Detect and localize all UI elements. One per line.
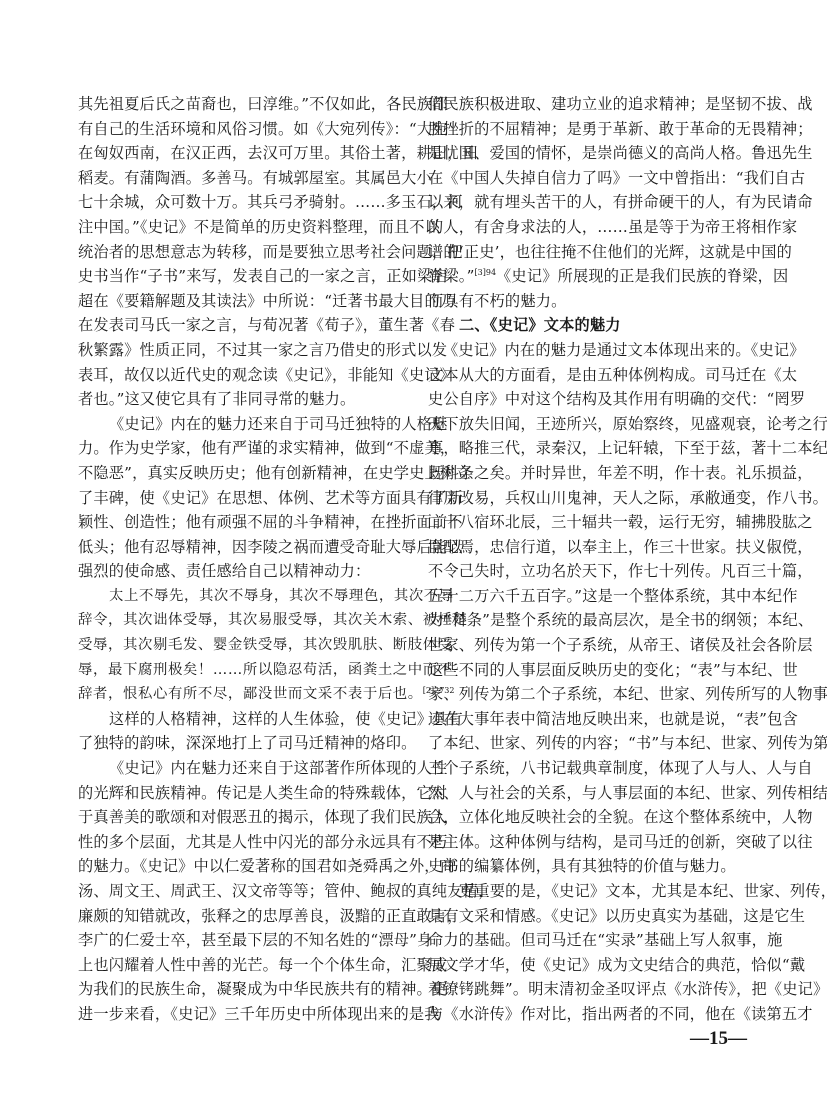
section-heading: 二、《史记》文本的魅力 [428, 313, 761, 338]
text-line: 文本从大的方面看，是由五种体例构成。司马迁在《太 [428, 363, 761, 388]
text-line: 臣配焉，忠信行道，以奉主上，作三十世家。扶义俶傥， [428, 535, 761, 560]
text-line: 命力的基础。但司马迁在“实录”基础上写人叙事，施 [428, 928, 761, 953]
text-line: 在匈奴西南，在汉正西，去汉可万里。其俗土著，耕田，田 [78, 141, 411, 166]
text-line: 为我们的民族生命，凝聚成为中华民族共有的精神。更 [78, 977, 411, 1002]
block-quote-line: 太上不辱先，其次不辱身，其次不辱理色，其次不辱 [78, 584, 411, 609]
text-line: 了丰碑，使《史记》在思想、体例、艺术等方面具有了新 [78, 486, 411, 511]
right-column: 们民族积极进取、建功立业的追求精神；是坚韧不拔、战 胜挫折的不屈精神；是勇于革新… [428, 92, 761, 1027]
paragraph-start-line: 更重要的是，《史记》文本，尤其是本纪、世家、列传， [428, 879, 761, 904]
line-text: 《史记》所展现的正是我们民族的脊梁，因 [496, 267, 788, 285]
text-line: 不隐恶”，真实反映历史；他有创新精神，在史学史上树立 [78, 461, 411, 486]
text-line: 不令己失时，立功名於天下，作七十列传。凡百三十篇， [428, 559, 761, 584]
text-line: 表耳，故仅以近代史的观念读《史记》，非能知《史记》 [78, 363, 411, 388]
text-line: 于真善美的歌颂和对假恶丑的揭示，体现了我们民族人 [78, 805, 411, 830]
text-line: 了本纪、世家、列传的内容；“书”与本纪、世家、列传为第 [428, 731, 761, 756]
text-line: 上也闪耀着人性中善的光芒。每一个个体生命，汇聚成 [78, 953, 411, 978]
text-line: 们民族积极进取、建功立业的追求精神；是坚韧不拔、战 [428, 92, 761, 117]
block-quote-line: 辞令，其次诎体受辱，其次易服受辱，其次关木索、被棰楚 [78, 608, 411, 633]
text-line: 的魅力。《史记》中以仁爱著称的国君如尧舜禹之外，商 [78, 854, 411, 879]
block-quote-line: 辞者，恨私心有所不尽，鄙没世而文采不表于后也。[2]2732 [78, 682, 411, 707]
citation-superscript: [3]94 [475, 268, 497, 277]
text-line: 迹在大事年表中简洁地反映出来，也就是说，“表”包含 [428, 707, 761, 732]
text-line: 与《水浒传》作对比，指出两者的不同，他在《读第五才 [428, 1002, 761, 1027]
text-line: 而具有不朽的魅力。 [428, 289, 761, 314]
text-line: 然、人与社会的关系，与人事层面的本纪、世家、列传相结 [428, 781, 761, 806]
text-line: 七十余城，众可数十万。其兵弓矛骑射。……多玉石，河 [78, 190, 411, 215]
text-line: 秋繁露》性质正同，不过其一家之言乃借史的形式以发 [78, 338, 411, 363]
text-line: 有自己的生活环境和风俗习惯。如《大宛列传》：“大宛 [78, 117, 411, 142]
text-line: 既科条之矣。并时异世，年差不明，作十表。礼乐损益， [428, 461, 761, 486]
quote-text: 辞者，恨私心有所不尽，鄙没世而文采不表于后也。 [78, 686, 423, 702]
text-line: 二十八宿环北辰，三十辐共一毂，运行无穷，辅拂股肱之 [428, 510, 761, 535]
line-text: 脊梁。” [428, 267, 475, 285]
text-line: 展文学才华，使《史记》成为文史结合的典范，恰似“戴 [428, 953, 761, 978]
text-line: 其先祖夏后氏之苗裔也，曰淳维。”不仅如此，各民族都 [78, 92, 411, 117]
text-line: 李广的仁爱士卒，甚至最下层的不知名姓的“漂母”身 [78, 928, 411, 953]
paragraph-start-line: 《史记》内在的魅力还来自于司马迁独特的人格魅 [78, 412, 411, 437]
left-column: 其先祖夏后氏之苗裔也，曰淳维。”不仅如此，各民族都 有自己的生活环境和风俗习惯。… [78, 92, 411, 1027]
text-line: 是忧国、爱国的情怀，是崇尚德义的高尚人格。鲁迅先生 [428, 141, 761, 166]
text-line: 颖性、创造性；他有顽强不屈的斗争精神，在挫折面前不 [78, 510, 411, 535]
text-line: 史公自序》中对这个结构及其作用有明确的交代：“罔罗 [428, 387, 761, 412]
text-line: 这些不同的人事层面反映历史的变化；“表”与本纪、世 [428, 658, 761, 683]
text-line: 在《中国人失掉自信力了吗》一文中曾指出：“我们自古 [428, 166, 761, 191]
paragraph-start-line: 《史记》内在魅力还来自于这部著作所体现的人性 [78, 756, 411, 781]
text-line: 着镣铐跳舞”。明末清初金圣叹评点《水浒传》，把《史记》 [428, 977, 761, 1002]
text-line: 统治者的思想意志为转移，而是要独立思考社会问题，把 [78, 240, 411, 265]
text-line: 事，略推三代，录秦汉，上记轩辕，下至于兹，著十二本纪， [428, 436, 761, 461]
text-line: 天下放失旧闻，王迹所兴，原始察终，见盛观衰，论考之行 [428, 412, 761, 437]
text-line: 性的多个层面，尤其是人性中闪光的部分永远具有不朽 [78, 830, 411, 855]
text-line: 的人，有舍身求法的人，……虽是等于为帝王将相作家 [428, 215, 761, 240]
text-line: 世家、列传为第一个子系统，从帝王、诸侯及社会各阶层 [428, 633, 761, 658]
text-line: 汤、周文王、周武王、汉文帝等等；管仲、鲍叔的真纯友情， [78, 879, 411, 904]
text-line: 进一步来看，《史记》三千年历史中所体现出来的是我 [78, 1002, 411, 1027]
text-line: 为“科条”是整个系统的最高层次，是全书的纲领；本纪、 [428, 608, 761, 633]
text-line: 家、列传为第二个子系统，本纪、世家、列传所写的人物事 [428, 682, 761, 707]
text-line: 的光辉和民族精神。传记是人类生命的特殊载体，它对 [78, 781, 411, 806]
text-line: 超在《要籍解题及其读法》中所说：“迁著书最大目的乃 [78, 289, 411, 314]
text-line: 三个子系统，八书记载典章制度，体现了人与人、人与自 [428, 756, 761, 781]
text-line: 低头；他有忍辱精神，因李陵之祸而遭受奇耻大辱后能以 [78, 535, 411, 560]
page-number: —15— [690, 1028, 747, 1050]
text-line: 五十二万六千五百字。”这是一个整体系统，其中本纪作 [428, 584, 761, 609]
text-line: 胜挫折的不屈精神；是勇于革新、敢于革命的无畏精神； [428, 117, 761, 142]
text-line: 力。作为史学家，他有严谨的求实精神，做到“不虚美， [78, 436, 411, 461]
text-line: 以来，就有埋头苦干的人，有拼命硬干的人，有为民请命 [428, 190, 761, 215]
text-line: 了独特的韵味，深深地打上了司马迁精神的烙印。 [78, 731, 411, 756]
block-quote-line: 辱，最下腐刑极矣！……所以隐忍苟活，函粪土之中而不 [78, 658, 411, 683]
paragraph-start-line: 《史记》内在的魅力是通过文本体现出来的。《史记》 [428, 338, 761, 363]
text-line: 合，立体化地反映社会的全貌。在这个整体系统中，人物 [428, 805, 761, 830]
text-line: 脊梁。”[3]94《史记》所展现的正是我们民族的脊梁，因 [428, 264, 761, 289]
text-line: 注中国。”《史记》不是简单的历史资料整理，而且不以 [78, 215, 411, 240]
text-line: 者也。”这又使它具有了非同寻常的魅力。 [78, 387, 411, 412]
text-line: 廉颇的知错就改，张释之的忠厚善良，汲黯的正直敢言， [78, 904, 411, 929]
text-line: 具有文采和情感。《史记》以历史真实为基础，这是它生 [428, 904, 761, 929]
text-line: 谱的‘正史’，也往往掩不住他们的光辉，这就是中国的 [428, 240, 761, 265]
text-line: 强烈的使命感、责任感给自己以精神动力： [78, 559, 411, 584]
text-line: 史书当作“子书”来写，发表自己的一家之言，正如梁启 [78, 264, 411, 289]
block-quote-line: 受辱，其次剔毛发、婴金铁受辱，其次毁肌肤、断肢体受 [78, 633, 411, 658]
text-line: 在发表司马氏一家之言，与荀况著《荀子》，董生著《春 [78, 313, 411, 338]
text-line: 史书的编纂体例，具有其独特的价值与魅力。 [428, 854, 761, 879]
text-line: 律历改易，兵权山川鬼神，天人之际，承敝通变，作八书。 [428, 486, 761, 511]
text-line: 是主体。这种体例与结构，是司马迁的创新，突破了以往 [428, 830, 761, 855]
paragraph-start-line: 这样的人格精神，这样的人生体验，使《史记》具有 [78, 707, 411, 732]
text-line: 稻麦。有蒲陶酒。多善马。有城郭屋室。其属邑大小 [78, 166, 411, 191]
